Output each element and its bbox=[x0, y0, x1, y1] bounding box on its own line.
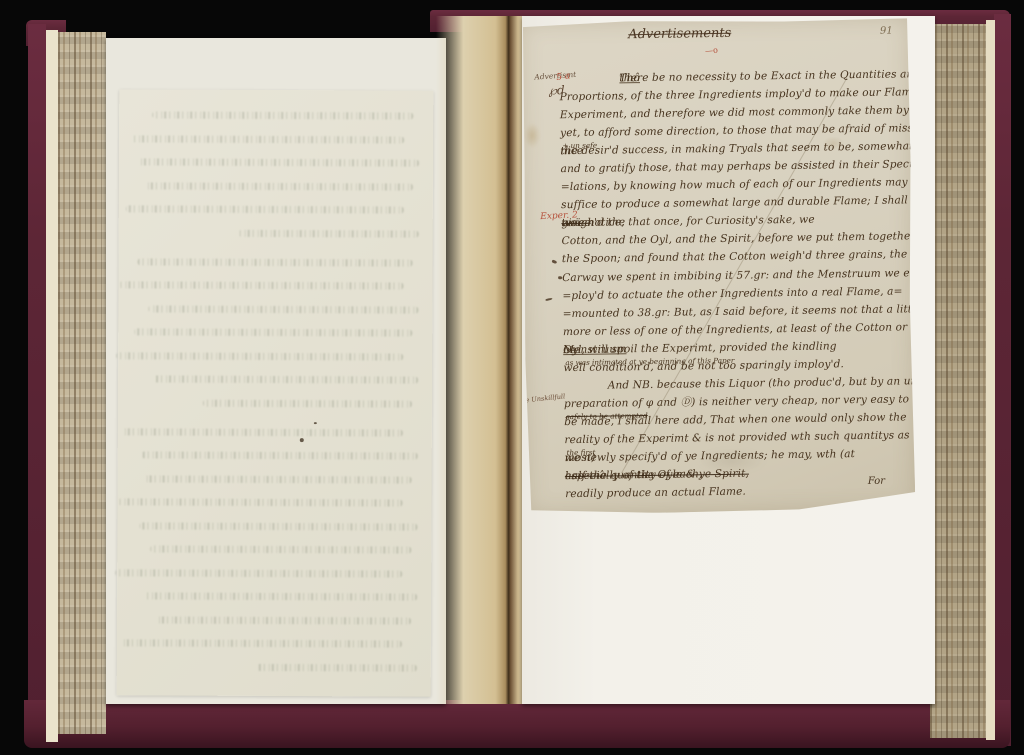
book-cover-right bbox=[994, 14, 1011, 746]
folio-number: 91 bbox=[880, 26, 893, 37]
book-cover-bottom bbox=[24, 700, 1010, 748]
bleed-through-line bbox=[239, 229, 419, 237]
manuscript-leaf: 91 Advertisements —o Advertismt 5 a ℘d E… bbox=[521, 17, 916, 514]
bleed-through-line bbox=[119, 498, 403, 506]
paper-stain bbox=[524, 122, 540, 148]
page-edges-right bbox=[930, 24, 986, 738]
manuscript-text-block: Thô there be no necessity to be Exact in… bbox=[559, 65, 915, 503]
catchword: For bbox=[868, 476, 885, 487]
bleed-through-line bbox=[120, 281, 404, 289]
endpaper-right bbox=[986, 20, 995, 740]
bleed-through-line bbox=[134, 328, 412, 336]
bleed-through-line bbox=[126, 205, 404, 213]
bleed-through-line bbox=[116, 569, 403, 577]
endpaper-left bbox=[46, 30, 58, 742]
bleed-through-line bbox=[149, 305, 419, 313]
left-manuscript-leaf bbox=[117, 89, 434, 696]
ink-speck bbox=[314, 422, 317, 424]
page-heading: Advertisements bbox=[521, 24, 839, 43]
photo-stage: 91 Advertisements —o Advertismt 5 a ℘d E… bbox=[0, 0, 1024, 755]
bleed-through-line bbox=[156, 616, 411, 624]
bleed-through-line bbox=[138, 158, 419, 166]
manuscript-line: readily produce an actual Flame. bbox=[565, 480, 915, 503]
bleed-through-text bbox=[127, 111, 419, 682]
ink-speck bbox=[300, 438, 304, 442]
bleed-through-line bbox=[117, 352, 404, 360]
page-edges-left bbox=[58, 32, 106, 734]
bleed-through-line bbox=[203, 399, 412, 407]
bleed-through-line bbox=[142, 451, 418, 459]
bleed-through-line bbox=[143, 182, 413, 190]
bleed-through-line bbox=[145, 592, 418, 600]
ink-blot bbox=[552, 260, 558, 264]
bleed-through-line bbox=[121, 639, 402, 647]
bleed-through-line bbox=[151, 545, 412, 553]
ink-blot bbox=[545, 298, 552, 302]
bleed-through-line bbox=[145, 475, 412, 483]
bleed-through-line bbox=[132, 135, 405, 143]
red-correction-mark: —o bbox=[705, 46, 719, 56]
ink-blot bbox=[558, 276, 562, 279]
bleed-through-line bbox=[122, 428, 403, 436]
bleed-through-line bbox=[257, 663, 417, 671]
bleed-through-line bbox=[154, 375, 418, 383]
book-cover-left bbox=[28, 24, 46, 746]
bleed-through-line bbox=[137, 258, 413, 266]
bleed-through-line bbox=[152, 111, 413, 119]
bleed-through-line bbox=[139, 522, 417, 530]
